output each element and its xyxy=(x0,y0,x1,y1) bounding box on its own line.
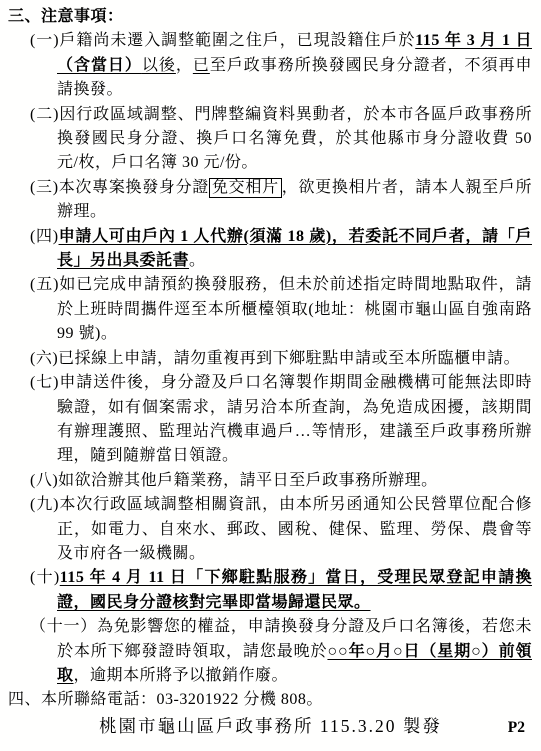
note-item-label: (七) xyxy=(30,374,59,391)
note-item-label: (二) xyxy=(30,106,59,123)
note-text-segment: 已 xyxy=(193,57,210,74)
note-item: (六)已採線上申請，請勿重複再到下鄉駐點申請或至本所臨櫃申請。 xyxy=(30,347,532,371)
note-item-label: (四) xyxy=(30,228,59,245)
note-item: (一)戶籍尚未遷入調整範圍之住戶，已現設籍住戶於115 年 3 月 1 日（含當… xyxy=(30,29,532,102)
note-text-segment: 戶籍尚未遷入調整範圍之住戶，已現設籍住戶於 xyxy=(59,32,415,49)
note-item-label: (九) xyxy=(30,496,59,513)
note-item-label: (一) xyxy=(30,32,59,49)
page-number: P2 xyxy=(508,716,525,740)
note-item: (十)115 年 4 月 11 日「下鄉駐點服務」當日，受理民眾登記申請換證，國… xyxy=(30,566,532,615)
note-item: (三)本次專案換發身分證免交相片，欲更換相片者，請本人親至戶所辦理。 xyxy=(30,176,532,225)
note-text-segment: 本次專案換發身分證 xyxy=(59,179,209,196)
note-item-label: (六) xyxy=(30,350,58,367)
note-item-label: （十一） xyxy=(30,618,97,635)
note-text-segment: 已採線上申請，請勿重複再到下鄉駐點申請或至本所臨櫃申請。 xyxy=(58,350,520,367)
notice-document-page: 三、注意事項： (一)戶籍尚未遷入調整範圍之住戶，已現設籍住戶於115 年 3 … xyxy=(0,0,541,751)
note-item-label: (五) xyxy=(30,276,59,293)
note-item-label: (十) xyxy=(30,569,60,586)
note-item: (二)因行政區域調整、門牌整編資料異動者，於本市各區戶政事務所換發國民身分證、換… xyxy=(30,103,532,176)
footer-issuer-line: 桃園市龜山區戶政事務所 115.3.20 製發 xyxy=(99,716,442,736)
contact-phone-line: 四、本所聯絡電話：03-3201922 分機 808。 xyxy=(8,688,532,712)
note-text-segment: 免交相片 xyxy=(209,178,282,198)
note-item: (九)本次行政區域調整相關資訊，由本所另函通知公民營單位配合修正，如電力、自來水… xyxy=(30,493,532,566)
note-text-segment: 。 xyxy=(189,252,206,269)
note-item: (四)申請人可由戶內 1 人代辦(須滿 18 歲)，若委託不同戶者，請「戶長」另… xyxy=(30,225,532,274)
footer: 桃園市龜山區戶政事務所 115.3.20 製發 P2 xyxy=(0,714,541,738)
note-text-segment: 如已完成申請預約換發服務，但未於前述指定時間地點取件，請於上班時間攜件逕至本所櫃… xyxy=(57,276,532,342)
note-text-segment: ， xyxy=(176,57,193,74)
note-text-segment: 因行政區域調整、門牌整編資料異動者，於本市各區戶政事務所換發國民身分證、換戶口名… xyxy=(57,106,532,172)
note-item: (八)如欲洽辦其他戶籍業務，請平日至戶政事務所辦理。 xyxy=(30,469,532,493)
section-notes-heading: 三、注意事項： xyxy=(8,5,532,29)
note-text-segment: 如欲洽辦其他戶籍業務，請平日至戶政事務所辦理。 xyxy=(58,472,438,489)
note-item: (七)申請送件後，身分證及戶口名簿製作期間金融機構可能無法即時驗證，如有個案需求… xyxy=(30,371,532,469)
note-text-segment: 115 年 4 月 11 日「下鄉駐點服務」當日，受理民眾登記申請換證，國民身分… xyxy=(57,569,532,610)
note-item: （十一）為免影響您的權益，申請換發身分證及戶口名簿後，若您未於本所下鄉發證時領取… xyxy=(30,615,532,688)
note-text-segment: ，逾期本所將予以撤銷作廢。 xyxy=(74,667,289,684)
note-item-label: (八) xyxy=(30,472,58,489)
note-item-label: (三) xyxy=(30,179,59,196)
note-text-segment: 以後 xyxy=(142,57,176,74)
note-text-segment: 申請人可由戶內 1 人代辦(須滿 18 歲)，若委託不同戶者，請「戶長」另出具委… xyxy=(57,228,532,269)
note-text-segment: 本次行政區域調整相關資訊，由本所另函通知公民營單位配合修正，如電力、自來水、郵政… xyxy=(57,496,532,562)
note-text-segment: 申請送件後，身分證及戶口名簿製作期間金融機構可能無法即時驗證，如有個案需求，請另… xyxy=(57,374,532,464)
note-item: (五)如已完成申請預約換發服務，但未於前述指定時間地點取件，請於上班時間攜件逕至… xyxy=(30,273,532,346)
notes-list: (一)戶籍尚未遷入調整範圍之住戶，已現設籍住戶於115 年 3 月 1 日（含當… xyxy=(30,29,532,688)
